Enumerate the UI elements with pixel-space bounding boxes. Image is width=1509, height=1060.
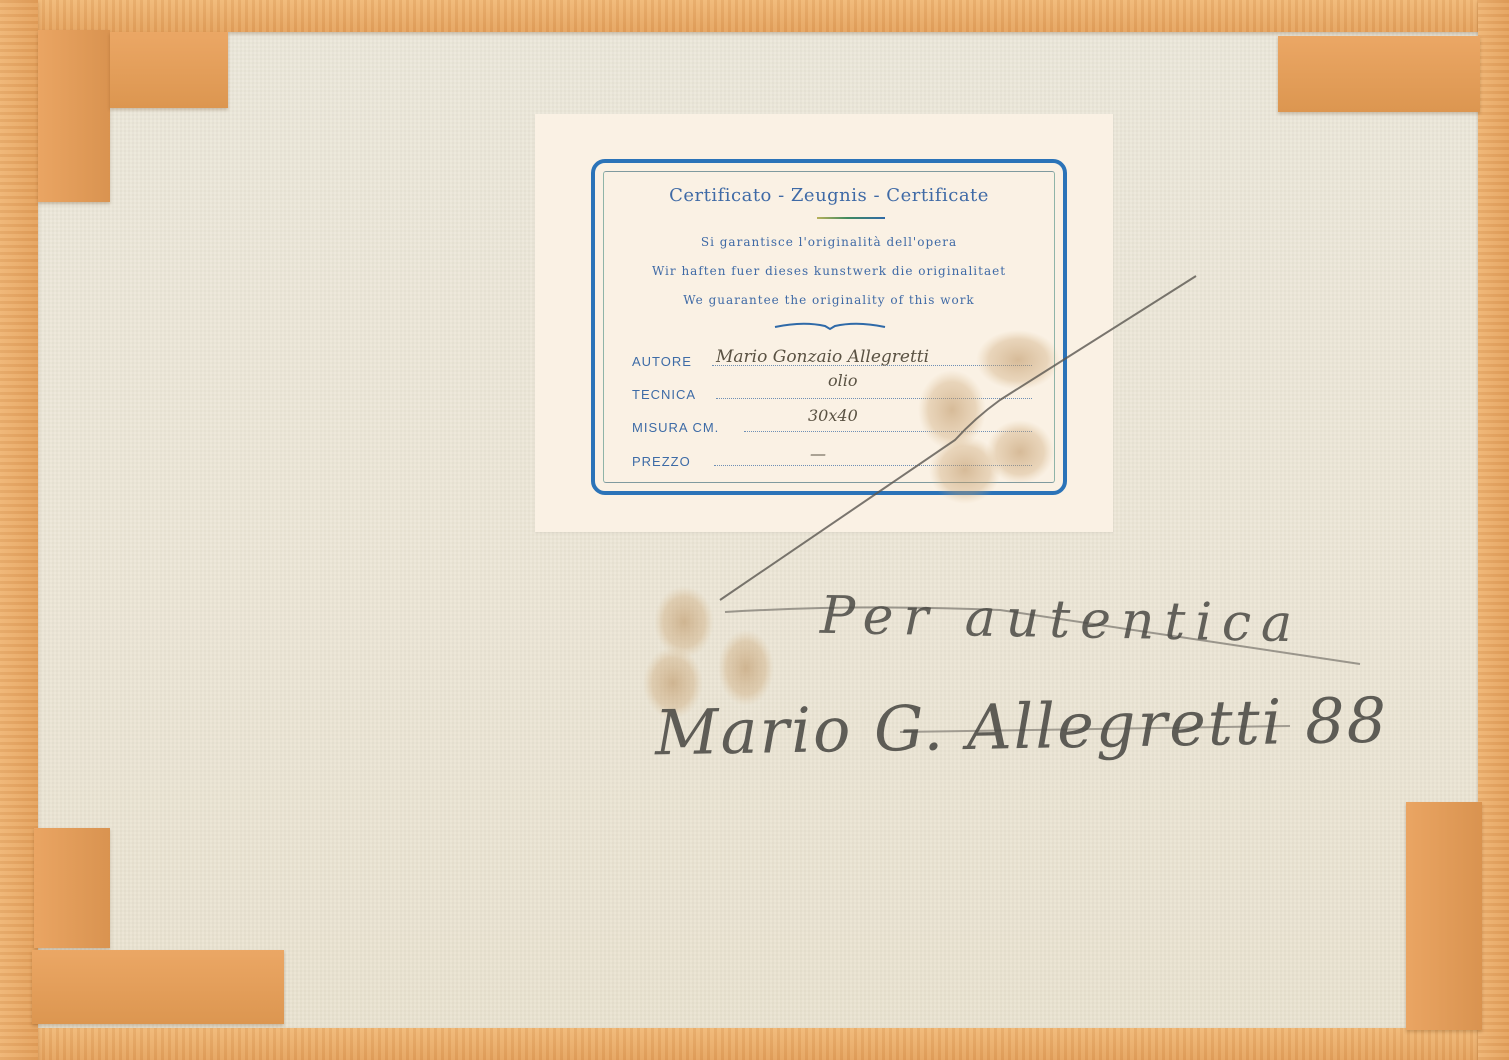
frame-top-bar bbox=[0, 0, 1509, 32]
certificate-title: Certificato - Zeugnis - Certificate bbox=[595, 185, 1063, 206]
corner-brace-bottom-left-horizontal bbox=[32, 950, 284, 1024]
field-autore: AUTORE Mario Gonzaio Allegretti bbox=[632, 351, 1032, 369]
autore-value: Mario Gonzaio Allegretti bbox=[716, 347, 929, 367]
flourish-ornament bbox=[773, 319, 887, 333]
frame-left-bar bbox=[0, 0, 38, 1060]
certificate-line-english: We guarantee the originality of this wor… bbox=[595, 293, 1063, 307]
certificate-line-italian: Si garantisce l'originalità dell'opera bbox=[595, 235, 1063, 249]
frame-bottom-bar bbox=[0, 1028, 1509, 1060]
prezzo-value: — bbox=[810, 444, 826, 463]
certificate-line-german: Wir haften fuer dieses kunstwerk die ori… bbox=[595, 264, 1063, 278]
certificate-label: Certificato - Zeugnis - Certificate Si g… bbox=[535, 114, 1113, 532]
certificate-border: Certificato - Zeugnis - Certificate Si g… bbox=[591, 159, 1067, 495]
field-misura: MISURA CM. 30x40 bbox=[632, 417, 1032, 435]
frame-right-bar bbox=[1478, 0, 1509, 1060]
corner-brace-top-right bbox=[1278, 36, 1480, 112]
field-tecnica: TECNICA olio bbox=[632, 384, 1032, 402]
misura-value: 30x40 bbox=[808, 406, 858, 425]
title-underline bbox=[817, 217, 885, 219]
inscription-signature: Mario G. Allegretti 88 bbox=[654, 684, 1388, 770]
corner-brace-bottom-left-vertical bbox=[34, 828, 110, 948]
corner-brace-top-left-vertical bbox=[38, 30, 110, 202]
tecnica-value: olio bbox=[828, 371, 858, 390]
corner-brace-top-left-horizontal bbox=[110, 32, 228, 108]
corner-brace-bottom-right bbox=[1406, 802, 1482, 1030]
field-prezzo: PREZZO — bbox=[632, 451, 1032, 469]
inscription-per-autentica: Per autentica bbox=[820, 586, 1303, 654]
painting-back: Certificato - Zeugnis - Certificate Si g… bbox=[0, 0, 1509, 1060]
